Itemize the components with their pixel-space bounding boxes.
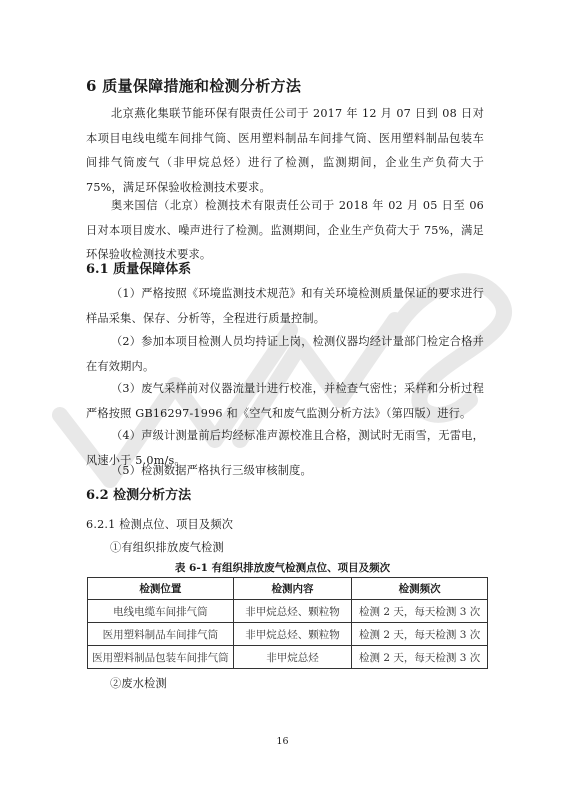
table-row: 电线电缆车间排气筒 非甲烷总烃、颗粒物 检测 2 天，每天检测 3 次 bbox=[88, 600, 488, 623]
cell-location: 医用塑料制品车间排气筒 bbox=[88, 623, 234, 646]
qa-item-2: （2）参加本项目检测人员均持证上岗，检测仪器均经计量部门检定合格并在有效期内。 bbox=[86, 330, 484, 379]
cell-frequency: 检测 2 天，每天检测 3 次 bbox=[352, 646, 488, 669]
subsubsection-title-6-2-1: 6.2.1 检测点位、项目及频次 bbox=[86, 516, 233, 532]
qa-item-5: （5）检测数据严格执行三级审核制度。 bbox=[86, 459, 484, 484]
header-location: 检测位置 bbox=[88, 578, 234, 600]
qa-item-3: （3）废气采样前对仪器流量计进行校准，并检查气密性；采样和分析过程严格按照 GB… bbox=[86, 377, 484, 426]
table-row: 医用塑料制品包装车间排气筒 非甲烷总烃 检测 2 天，每天检测 3 次 bbox=[88, 646, 488, 669]
qa-item-1: （1）严格按照《环境监测技术规范》和有关环境检测质量保证的要求进行样品采集、保存… bbox=[86, 282, 484, 331]
subsection-title-6-2: 6.2 检测分析方法 bbox=[86, 484, 191, 503]
cell-location: 医用塑料制品包装车间排气筒 bbox=[88, 646, 234, 669]
table-header-row: 检测位置 检测内容 检测频次 bbox=[88, 578, 488, 600]
list-item-wastewater: ②废水检测 bbox=[110, 675, 167, 691]
cell-content: 非甲烷总烃、颗粒物 bbox=[233, 600, 351, 623]
header-content: 检测内容 bbox=[233, 578, 351, 600]
table-row: 医用塑料制品车间排气筒 非甲烷总烃、颗粒物 检测 2 天，每天检测 3 次 bbox=[88, 623, 488, 646]
table-caption: 表 6-1 有组织排放废气检测点位、项目及频次 bbox=[0, 560, 565, 575]
cell-location: 电线电缆车间排气筒 bbox=[88, 600, 234, 623]
cell-frequency: 检测 2 天，每天检测 3 次 bbox=[352, 600, 488, 623]
cell-content: 非甲烷总烃、颗粒物 bbox=[233, 623, 351, 646]
cell-content: 非甲烷总烃 bbox=[233, 646, 351, 669]
list-item-organized-emission: ①有组织排放废气检测 bbox=[110, 539, 224, 555]
document-page: 6 质量保障措施和检测分析方法 北京燕化集联节能环保有限责任公司于 2017 年… bbox=[0, 0, 565, 800]
cell-frequency: 检测 2 天，每天检测 3 次 bbox=[352, 623, 488, 646]
section-title: 6 质量保障措施和检测分析方法 bbox=[86, 75, 301, 96]
intro-paragraph-1: 北京燕化集联节能环保有限责任公司于 2017 年 12 月 07 日到 08 日… bbox=[86, 102, 484, 200]
intro-paragraph-2: 奥来国信（北京）检测技术有限责任公司于 2018 年 02 月 05 日至 06… bbox=[86, 194, 484, 268]
monitoring-table: 检测位置 检测内容 检测频次 电线电缆车间排气筒 非甲烷总烃、颗粒物 检测 2 … bbox=[87, 577, 488, 669]
header-frequency: 检测频次 bbox=[352, 578, 488, 600]
page-number: 16 bbox=[0, 736, 565, 747]
subsection-title-6-1: 6.1 质量保障体系 bbox=[86, 258, 191, 277]
